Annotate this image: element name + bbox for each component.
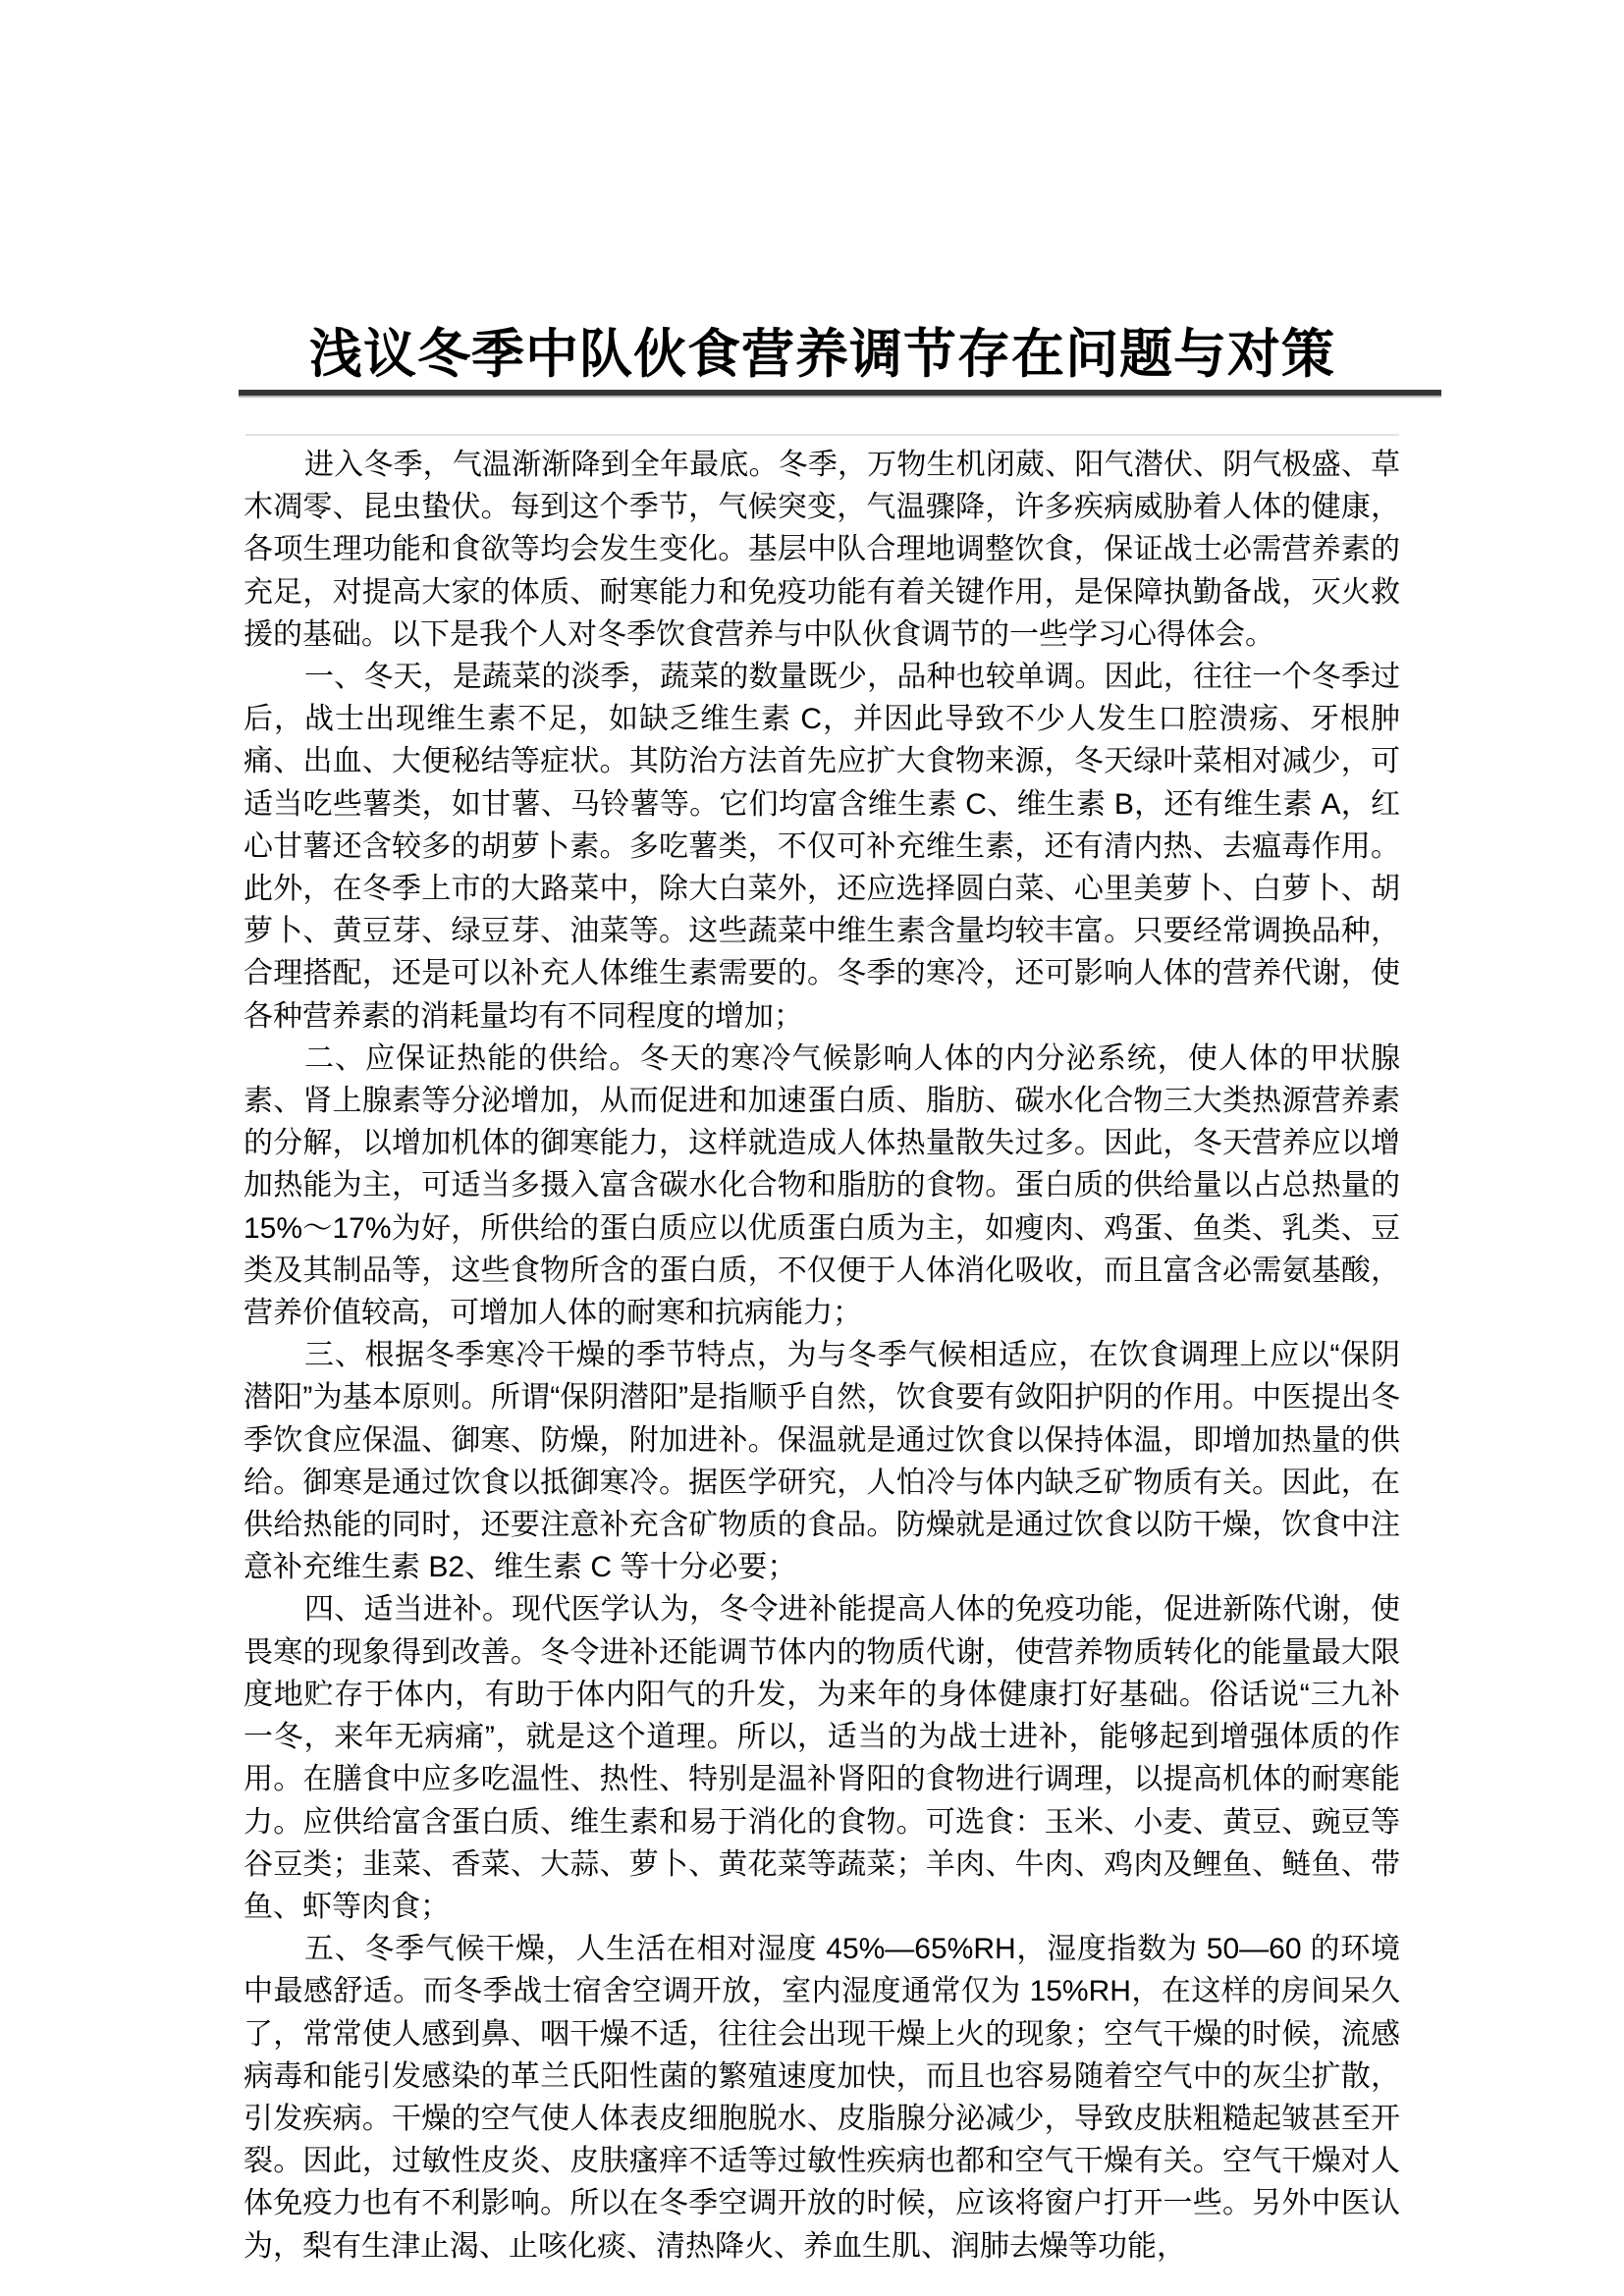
paragraph-point-3: 三、根据冬季寒冷干燥的季节特点，为与冬季气候相适应，在饮食调理上应以“保阴潜阳”… bbox=[244, 1334, 1400, 1588]
paragraph-point-4: 四、适当进补。现代医学认为，冬令进补能提高人体的免疫功能，促进新陈代谢，使畏寒的… bbox=[244, 1588, 1400, 1928]
document-page: 浅议冬季中队伙食营养调节存在问题与对策 进入冬季，气温渐渐降到全年最底。冬季，万… bbox=[0, 0, 1624, 2296]
paragraph-point-5: 五、冬季气候干燥，人生活在相对湿度 45%—65%RH，湿度指数为 50—60 … bbox=[244, 1928, 1400, 2268]
document-title: 浅议冬季中队伙食营养调节存在问题与对策 bbox=[241, 312, 1404, 388]
title-divider-rule bbox=[239, 390, 1441, 398]
paragraph-intro: 进入冬季，气温渐渐降到全年最底。冬季，万物生机闭葳、阳气潜伏、阴气极盛、草木凋零… bbox=[244, 444, 1400, 656]
paragraph-point-1: 一、冬天，是蔬菜的淡季，蔬菜的数量既少，品种也较单调。因此，往往一个冬季过后，战… bbox=[244, 656, 1400, 1038]
body-top-rule bbox=[245, 434, 1399, 436]
paragraph-point-2: 二、应保证热能的供给。冬天的寒冷气候影响人体的内分泌系统，使人体的甲状腺素、肾上… bbox=[244, 1038, 1400, 1334]
document-body: 进入冬季，气温渐渐降到全年最底。冬季，万物生机闭葳、阳气潜伏、阴气极盛、草木凋零… bbox=[244, 444, 1400, 2268]
